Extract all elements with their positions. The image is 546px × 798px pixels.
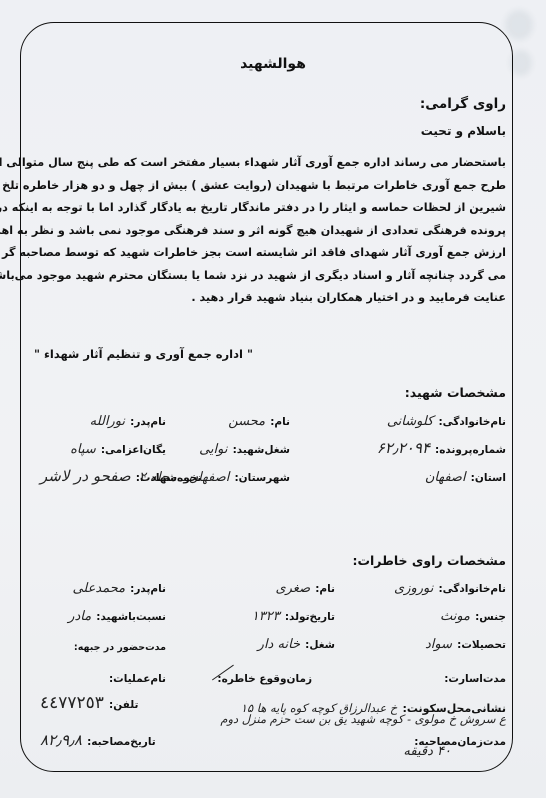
- letter-line: پرونده فرهنگی تعدادی از شهیدان هیچ گونه …: [41, 220, 506, 243]
- martyr-father-name-field[interactable]: نام‌پدر: نورالله: [90, 410, 166, 429]
- field-value: سواد: [425, 637, 452, 652]
- letter-line: باستحضار می رساند اداره جمع آوری آثار شه…: [41, 152, 506, 175]
- letter-line: شیرین از لحظات حماسه و ایثار را در دفتر …: [41, 197, 506, 220]
- field-label: نام:: [270, 416, 290, 428]
- field-value: نوایی: [199, 442, 227, 457]
- letter-line: طرح جمع آوری خاطرات مرتبط با شهیدان (روا…: [41, 175, 506, 198]
- narrator-father-name-field[interactable]: نام‌پدر: محمدعلی: [72, 577, 166, 596]
- martyr-family-name-field[interactable]: نام‌خانوادگی: کلوشانی: [387, 410, 506, 429]
- narrator-operation-name-field[interactable]: نام‌عملیات:: [109, 667, 166, 686]
- narrator-interview-duration-value: ۴۰ دقیقه: [403, 744, 451, 759]
- martyr-section-title: مشخصات شهید:: [405, 385, 506, 400]
- narrator-gender-field[interactable]: جنس: مونث: [440, 605, 506, 624]
- field-label: یگان‌اعزامی:: [101, 444, 166, 456]
- field-value: کلوشانی: [387, 414, 434, 429]
- field-value: نوروزی: [394, 581, 433, 596]
- field-label: تاریخ‌تولد:: [285, 611, 335, 623]
- narrator-job-field[interactable]: شغل: خانه دار: [258, 633, 335, 652]
- field-label: مدت‌حضور در جبهه:: [74, 642, 166, 653]
- field-label: نام‌عملیات:: [109, 673, 166, 685]
- field-label: نام‌پدر:: [130, 416, 166, 428]
- letter-line: عنایت فرمایید و در اختیار همکاران بنیاد …: [41, 287, 506, 310]
- field-value: ۱۳۲۳: [252, 609, 280, 624]
- field-value: ۸۲٫۹٫۸: [40, 731, 82, 749]
- field-label: شماره‌پرونده:: [435, 444, 506, 456]
- document-title: هوالشهید: [0, 56, 546, 72]
- field-value: محسن: [228, 414, 265, 429]
- field-label: نسبت‌باشهید:: [96, 611, 166, 623]
- narrator-interview-date-field[interactable]: تاریخ‌مصاحبه: ۸۲٫۹٫۸: [40, 730, 156, 749]
- field-value: مونث: [440, 609, 470, 624]
- narrator-memory-time-field[interactable]: زمان‌وقوع خاطره:: [217, 667, 312, 686]
- field-value: صفحو در لاشر: [40, 467, 131, 485]
- field-value: صغری: [275, 581, 310, 596]
- narrator-front-duration-field[interactable]: مدت‌حضور در جبهه:: [74, 635, 166, 654]
- field-label: نام‌خانوادگی:: [438, 583, 506, 595]
- martyr-martyrdom-manner-field[interactable]: نحوه‌شهادت: صفحو در لاشر: [40, 466, 201, 485]
- martyr-file-number-field[interactable]: شماره‌پرونده: ۶۲٫۲۰۹۴: [377, 438, 506, 457]
- field-value: محمدعلی: [72, 581, 125, 596]
- narrator-address-line2: ع سروش خ مولوی - کوچه شهید یق بن ست حزم …: [220, 712, 506, 726]
- narrator-section-title: مشخصات راوی خاطرات:: [352, 553, 506, 568]
- narrator-first-name-field[interactable]: نام: صغری: [275, 577, 335, 596]
- field-label: نام:: [315, 583, 335, 595]
- martyr-first-name-field[interactable]: نام: محسن: [228, 410, 290, 429]
- field-label: شغل:: [305, 639, 335, 651]
- field-value: خانه دار: [258, 637, 300, 652]
- letter-line: می گردد چنانچه آثار و اسناد دیگری از شهی…: [41, 265, 506, 288]
- letter-body: باستحضار می رساند اداره جمع آوری آثار شه…: [41, 152, 506, 310]
- field-value: نورالله: [90, 414, 125, 429]
- field-value: اصفهان: [425, 470, 466, 485]
- letter-line: ارزش جمع آوری آثار شهدای فاقد اثر شایسته…: [41, 242, 506, 265]
- field-label: جنس:: [475, 611, 506, 623]
- field-label: نحوه‌شهادت:: [136, 472, 202, 484]
- field-value: سپاه: [70, 442, 96, 457]
- field-label: نام‌خانوادگی:: [438, 416, 506, 428]
- narrator-phone-field[interactable]: تلفن: ٤٤٧٧٢٥٣: [40, 693, 138, 713]
- field-value: ۶۲٫۲۰۹۴: [377, 439, 430, 457]
- signature: " اداره جمع آوری و تنظیم آثار شهداء ": [34, 347, 253, 361]
- field-label: زمان‌وقوع خاطره:: [217, 673, 312, 685]
- greeting: باسلام و تحیت: [421, 124, 506, 138]
- martyr-occupation-field[interactable]: شغل‌شهید: نوایی: [199, 438, 290, 457]
- narrator-education-field[interactable]: تحصیلات: سواد: [425, 633, 506, 652]
- field-label: شهرستان:: [234, 472, 290, 484]
- field-label: تحصیلات:: [457, 639, 506, 651]
- narrator-captivity-duration-field[interactable]: مدت‌اسارت:: [444, 667, 506, 686]
- field-label: تلفن:: [109, 699, 138, 711]
- field-value: مادر: [68, 609, 91, 624]
- salutation: راوی گرامی:: [420, 96, 506, 112]
- martyr-province-field[interactable]: استان: اصفهان: [425, 466, 506, 485]
- narrator-birth-date-field[interactable]: تاریخ‌تولد: ۱۳۲۳: [252, 605, 335, 624]
- scanned-page: هوالشهید راوی گرامی: باسلام و تحیت باستح…: [0, 0, 546, 798]
- narrator-relation-field[interactable]: نسبت‌باشهید: مادر: [68, 605, 166, 624]
- field-label: شغل‌شهید:: [233, 444, 290, 456]
- field-label: استان:: [471, 472, 506, 484]
- field-value: ٤٤٧٧٢٥٣: [40, 693, 104, 713]
- narrator-family-name-field[interactable]: نام‌خانوادگی: نوروزی: [394, 577, 506, 596]
- field-label: مدت‌اسارت:: [444, 673, 506, 685]
- martyr-dispatch-unit-field[interactable]: یگان‌اعزامی: سپاه: [70, 438, 166, 457]
- scan-smudge: [505, 10, 533, 40]
- field-label: نام‌پدر:: [130, 583, 166, 595]
- field-label: تاریخ‌مصاحبه:: [87, 736, 156, 748]
